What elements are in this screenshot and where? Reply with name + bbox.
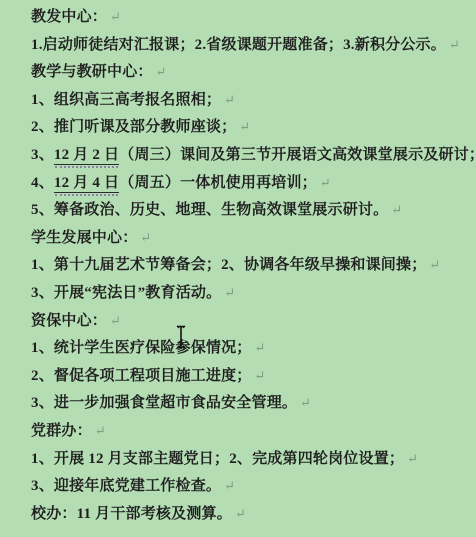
- document-text-area[interactable]: 教发中心：↵1.启动师徒结对汇报课；2.省级课题开题准备；3.新积分公示。↵教学…: [0, 0, 476, 527]
- paragraph-line[interactable]: 2、推门听课及部分教师座谈；↵: [31, 113, 476, 141]
- paragraph-mark-icon: ↵: [317, 175, 331, 190]
- paragraph-line[interactable]: 4、12 月 4 日（周五）一体机使用再培训；↵: [31, 169, 476, 197]
- paragraph-mark-icon: ↵: [221, 478, 235, 493]
- paragraph-line[interactable]: 3、进一步加强食堂超市食品安全管理。↵: [31, 389, 476, 417]
- paragraph-line[interactable]: 1.启动师徒结对汇报课；2.省级课题开题准备；3.新积分公示。↵: [31, 31, 476, 59]
- text-run: 4、: [31, 175, 54, 191]
- paragraph-mark-icon: ↵: [236, 119, 250, 134]
- paragraph-line[interactable]: 3、12 月 2 日（周三）课间及第三节开展语文高效课堂展示及研讨；↵: [31, 141, 476, 169]
- paragraph-line[interactable]: 1、组织高三高考报名照相；↵: [31, 86, 476, 114]
- paragraph-line[interactable]: 教发中心：↵: [31, 3, 476, 31]
- text-run: 1、第十九届艺术节筹备会；2、协调各年级早操和课间操；: [31, 257, 426, 273]
- text-run: 3、迎接年底党建工作检查。: [31, 478, 221, 494]
- paragraph-line[interactable]: 1、第十九届艺术节筹备会；2、协调各年级早操和课间操；↵: [31, 251, 476, 279]
- paragraph-line[interactable]: 1、统计学生医疗保险参保情况；↵: [31, 334, 476, 362]
- text-run: 5、筹备政治、历史、地理、生物高效课堂展示研讨。: [31, 202, 388, 218]
- paragraph-line[interactable]: 2、督促各项工程项目施工进度；↵: [31, 362, 476, 390]
- paragraph-line[interactable]: 1、开展 12 月支部主题党日；2、完成第四轮岗位设置；↵: [31, 445, 476, 473]
- paragraph-mark-icon: ↵: [221, 92, 235, 107]
- paragraph-mark-icon: ↵: [153, 64, 167, 79]
- text-run: 3、: [31, 147, 54, 163]
- text-run: 教学与教研中心：: [31, 64, 153, 80]
- paragraph-mark-icon: ↵: [252, 368, 266, 383]
- paragraph-line[interactable]: 教学与教研中心：↵: [31, 58, 476, 86]
- text-run: 教发中心：: [31, 9, 107, 25]
- paragraph-line[interactable]: 校办：11 月干部考核及测算。↵: [31, 500, 476, 528]
- paragraph-mark-icon: ↵: [107, 313, 121, 328]
- document-page: 教发中心：↵1.启动师徒结对汇报课；2.省级课题开题准备；3.新积分公示。↵教学…: [0, 0, 476, 537]
- text-run: 2、推门听课及部分教师座谈；: [31, 119, 236, 135]
- paragraph-mark-icon: ↵: [297, 395, 311, 410]
- paragraph-mark-icon: ↵: [388, 202, 402, 217]
- text-run: 1、开展 12 月支部主题党日；2、完成第四轮岗位设置；: [31, 451, 404, 467]
- text-run: 资保中心：: [31, 313, 107, 329]
- paragraph-line[interactable]: 3、迎接年底党建工作检查。↵: [31, 472, 476, 500]
- text-run: 1、组织高三高考报名照相；: [31, 92, 221, 108]
- text-run: 校办：11 月干部考核及测算。: [31, 506, 232, 522]
- text-run: 1、统计学生医疗保险参保情况；: [31, 340, 252, 356]
- text-run: 学生发展中心：: [31, 230, 137, 246]
- paragraph-line[interactable]: 党群办：↵: [31, 417, 476, 445]
- paragraph-mark-icon: ↵: [446, 37, 460, 52]
- paragraph-mark-icon: ↵: [221, 285, 235, 300]
- paragraph-mark-icon: ↵: [404, 451, 418, 466]
- paragraph-mark-icon: ↵: [232, 506, 246, 521]
- text-run: 3、进一步加强食堂超市食品安全管理。: [31, 395, 297, 411]
- text-run: （周三）课间及第三节开展语文高效课堂展示及研讨；: [119, 147, 476, 163]
- text-run: 2、督促各项工程项目施工进度；: [31, 368, 252, 384]
- paragraph-mark-icon: ↵: [107, 9, 121, 24]
- paragraph-line[interactable]: 学生发展中心：↵: [31, 224, 476, 252]
- paragraph-mark-icon: ↵: [92, 423, 106, 438]
- text-run: （周五）一体机使用再培训；: [119, 175, 317, 191]
- paragraph-line[interactable]: 5、筹备政治、历史、地理、生物高效课堂展示研讨。↵: [31, 196, 476, 224]
- text-run: 党群办：: [31, 423, 92, 439]
- paragraph-line[interactable]: 3、开展“宪法日”教育活动。↵: [31, 279, 476, 307]
- date-smart-tag-run: 12 月 4 日: [54, 175, 119, 193]
- text-run: 1.启动师徒结对汇报课；2.省级课题开题准备；3.新积分公示。: [31, 37, 446, 53]
- text-run: 3、开展“宪法日”教育活动。: [31, 285, 221, 301]
- paragraph-mark-icon: ↵: [137, 230, 151, 245]
- paragraph-line[interactable]: 资保中心：↵: [31, 307, 476, 335]
- paragraph-mark-icon: ↵: [252, 340, 266, 355]
- paragraph-mark-icon: ↵: [426, 257, 440, 272]
- date-smart-tag-run: 12 月 2 日: [54, 147, 119, 165]
